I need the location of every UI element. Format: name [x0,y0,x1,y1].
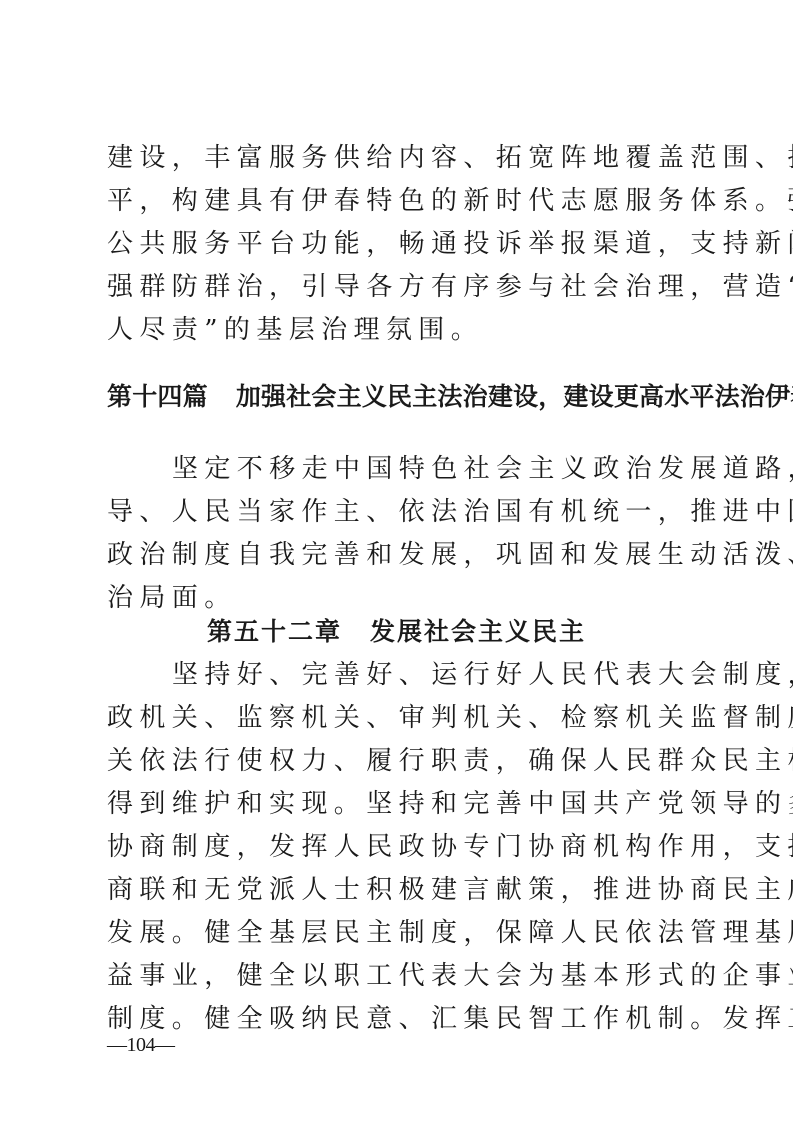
text-line: 坚定不移走中国特色社会主义政治发展道路，坚持党的领 [107,448,697,491]
text-line: 强群防群治，引导各方有序参与社会治理，营造“人人参与、人 [107,266,697,309]
chapter-heading: 第五十二章发展社会主义民主 [0,612,793,652]
text-line: 政机关、监察机关、审判机关、检察机关监督制度，确保国家机 [107,697,697,740]
text-line: 政治制度自我完善和发展，巩固和发展生动活泼、安定团结的政 [107,534,697,577]
text-line: 发展。健全基层民主制度，保障人民依法管理基层公共事务和公 [107,912,697,955]
text-line: 制度。健全吸纳民意、汇集民智工作机制。发挥工会、共青团、 [107,998,697,1041]
page-number: —104— [107,1031,175,1059]
text-line: 商联和无党派人士积极建言献策，推进协商民主广泛多层制度化 [107,869,697,912]
text-line: 平，构建具有伊春特色的新时代志愿服务体系。强化市民热线等 [107,180,697,223]
chapter-title: 发展社会主义民主 [370,617,586,646]
text-line: 导、人民当家作主、依法治国有机统一，推进中国特色社会主义 [107,491,697,534]
part-title: 加强社会主义民主法治建设，建设更高水平法治伊春 [236,382,793,411]
part-number: 第十四篇 [107,382,208,411]
document-page: 建设，丰富服务供给内容、拓宽阵地覆盖范围、提升志愿队伍水 平，构建具有伊春特色的… [0,0,793,1122]
text-line: 益事业，健全以职工代表大会为基本形式的企事业单位民主管理 [107,955,697,998]
text-line: 人尽责”的基层治理氛围。 [107,309,697,352]
part-heading: 第十四篇加强社会主义民主法治建设，建设更高水平法治伊春 [107,377,707,417]
text-line: 关依法行使权力、履行职责，确保人民群众民主权利、合法权益 [107,740,697,783]
text-line: 协商制度，发挥人民政协专门协商机构作用，支持民主党派、工 [107,826,697,869]
text-line: 得到维护和实现。坚持和完善中国共产党领导的多党合作和政治 [107,783,697,826]
text-line: 公共服务平台功能，畅通投诉举报渠道，支持新闻媒体监督，加 [107,223,697,266]
chapter-number: 第五十二章 [207,617,342,646]
text-line: 坚持好、完善好、运行好人民代表大会制度，健全人大对行 [107,654,697,697]
text-line: 建设，丰富服务供给内容、拓宽阵地覆盖范围、提升志愿队伍水 [107,137,697,180]
